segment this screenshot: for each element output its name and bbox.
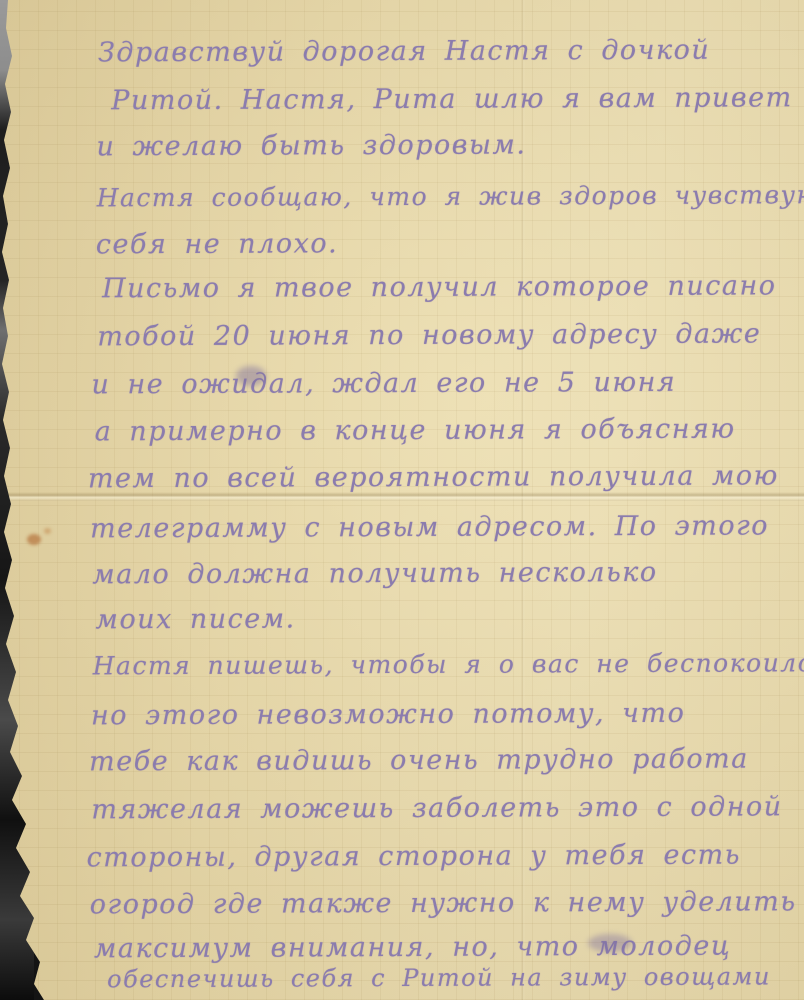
letter-scan: Здравствуй дорогая Настя с дочкой Ритой.… [0, 0, 804, 1000]
letter-line-11: телеграмму с новым адресом. По этого [90, 510, 769, 544]
letter-line-6: Письмо я твое получил которое писано [102, 270, 777, 304]
letter-line-18: стороны, другая сторона у тебя есть [86, 840, 741, 874]
letter-line-2: Ритой. Настя, Рита шлю я вам привет [111, 82, 793, 116]
letter-line-14: Настя пишешь, чтобы я о вас не беспокоил… [93, 648, 804, 680]
handwritten-text: Здравствуй дорогая Настя с дочкой Ритой.… [0, 0, 804, 1000]
ink-smudge [236, 366, 266, 386]
letter-line-16: тебе как видишь очень трудно работа [89, 743, 749, 777]
letter-line-8: и не ожидал, ждал его не 5 июня [91, 367, 676, 401]
letter-line-1: Здравствуй дорогая Настя с дочкой [98, 35, 710, 69]
letter-line-4: Настя сообщаю, что я жив здоров чувствую [97, 180, 804, 212]
letter-line-3: и желаю быть здоровым. [96, 129, 526, 162]
letter-line-19: огород где также нужно к нему уделить [90, 886, 797, 920]
letter-line-17: тяжелая можешь заболеть это с одной [91, 791, 782, 825]
letter-line-7: тобой 20 июня по новому адресу даже [97, 318, 761, 352]
letter-paper: Здравствуй дорогая Настя с дочкой Ритой.… [0, 0, 804, 1000]
letter-line-20: максимум внимания, но, что молодец [94, 931, 731, 965]
letter-line-10: тем по всей вероятности получила мою [88, 460, 779, 494]
letter-line-5: себя не плохо. [96, 228, 338, 260]
letter-line-21: обеспечишь себя с Ритой на зиму овощами [107, 962, 771, 993]
letter-line-12: мало должна получить несколько [92, 557, 657, 590]
letter-line-15: но этого невозможно потому, что [91, 698, 686, 732]
ink-smudge [588, 934, 632, 952]
letter-line-9: а примерно в конце июня я объясняю [95, 414, 736, 448]
letter-line-13: моих писем. [95, 603, 295, 635]
